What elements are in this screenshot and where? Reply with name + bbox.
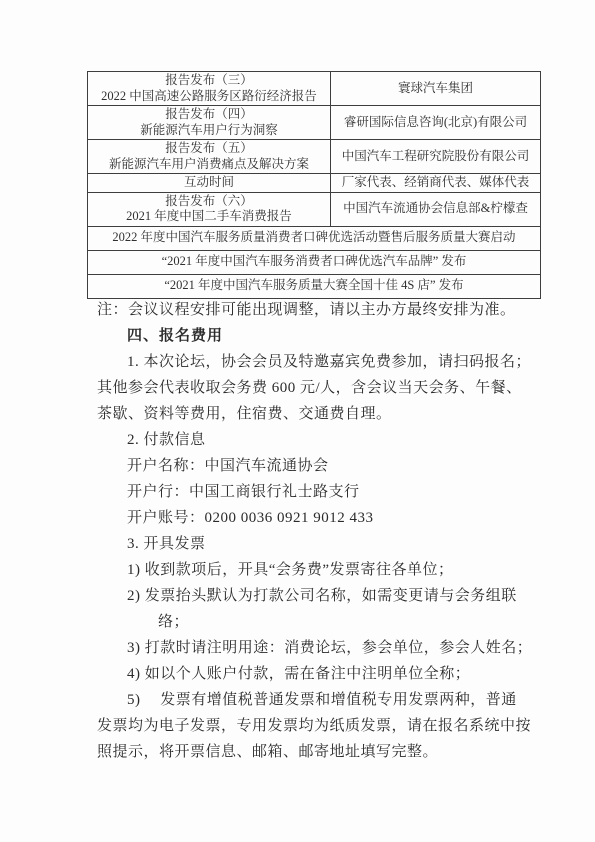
table-row: 报告发布（三） 2022 中国高速公路服务区路衍经济报告 寰球汽车集团 [88,72,541,106]
table-row: 2022 年度中国汽车服务质量消费者口碑优选活动暨售后服务质量大赛启动 [88,226,541,250]
presenter-cell: 中国汽车流通协会信息部&柠檬查 [331,192,541,226]
para-line: 其他参会代表收取会务费 600 元/人，含会议当天会务、午餐、 [97,375,537,401]
invoice-line: 络； [97,609,537,635]
agenda-item-cell: 报告发布（五） 新能源汽车用户消费痛点及解决方案 [88,140,331,174]
agenda-item-title: 报告发布（五） [90,141,328,157]
invoice-line: 发票均为电子发票，专用发票均为纸质发票，请在报名系统中按 [97,713,537,739]
invoice-line: 照提示，将开票信息、邮箱、邮寄地址填写完整。 [97,739,537,765]
payment-heading: 2. 付款信息 [97,427,537,453]
agenda-item-cell: 报告发布（六） 2021 年度中国二手车消费报告 [88,192,331,226]
full-width-cell: “2021 年度中国汽车服务质量大赛全国十佳 4S 店” 发布 [88,274,541,298]
invoice-line: 2) 发票抬头默认为打款公司名称，如需变更请与会务组联 [97,583,537,609]
agenda-item-cell: 报告发布（三） 2022 中国高速公路服务区路衍经济报告 [88,72,331,106]
agenda-item-title: 报告发布（三） [90,73,328,89]
invoice-heading: 3. 开具发票 [97,531,537,557]
payment-account-name: 开户名称：中国汽车流通协会 [97,453,537,479]
full-width-cell: 2022 年度中国汽车服务质量消费者口碑优选活动暨售后服务质量大赛启动 [88,226,541,250]
note-line: 注：会议议程安排可能出现调整，请以主办方最终安排为准。 [97,297,537,323]
agenda-item-subtitle: 新能源汽车用户行为洞察 [90,123,328,139]
body-text: 注：会议议程安排可能出现调整，请以主办方最终安排为准。 四、报名费用 1. 本次… [97,297,537,765]
presenter-cell: 睿研国际信息咨询(北京)有限公司 [331,106,541,140]
agenda-item-title: 报告发布（六） [90,194,328,210]
invoice-line: 3) 打款时请注明用途：消费论坛，参会单位，参会人姓名； [97,635,537,661]
presenter-cell: 中国汽车工程研究院股份有限公司 [331,140,541,174]
presenter-cell: 寰球汽车集团 [331,72,541,106]
table-row: 报告发布（五） 新能源汽车用户消费痛点及解决方案 中国汽车工程研究院股份有限公司 [88,140,541,174]
agenda-item-subtitle: 2022 中国高速公路服务区路衍经济报告 [90,89,328,105]
payment-bank: 开户行：中国工商银行礼士路支行 [97,479,537,505]
section-heading: 四、报名费用 [97,323,537,349]
table-row: 报告发布（四） 新能源汽车用户行为洞察 睿研国际信息咨询(北京)有限公司 [88,106,541,140]
full-width-cell: “2021 年度中国汽车服务消费者口碑优选汽车品牌” 发布 [88,250,541,274]
table-row: 报告发布（六） 2021 年度中国二手车消费报告 中国汽车流通协会信息部&柠檬查 [88,192,541,226]
table-row: “2021 年度中国汽车服务消费者口碑优选汽车品牌” 发布 [88,250,541,274]
invoice-line: 5) 发票有增值税普通发票和增值税专用发票两种，普通 [97,687,537,713]
agenda-item-subtitle: 新能源汽车用户消费痛点及解决方案 [90,157,328,173]
invoice-line: 4) 如以个人账户付款，需在备注中注明单位全称； [97,661,537,687]
agenda-item-cell: 互动时间 [88,174,331,193]
payment-account-no: 开户账号：0200 0036 0921 9012 433 [97,505,537,531]
agenda-item-subtitle: 2021 年度中国二手车消费报告 [90,209,328,225]
document-page: 报告发布（三） 2022 中国高速公路服务区路衍经济报告 寰球汽车集团 报告发布… [0,0,595,842]
table-row: “2021 年度中国汽车服务质量大赛全国十佳 4S 店” 发布 [88,274,541,298]
presenter-cell: 厂家代表、经销商代表、媒体代表 [331,174,541,193]
agenda-table: 报告发布（三） 2022 中国高速公路服务区路衍经济报告 寰球汽车集团 报告发布… [87,71,541,299]
para-line: 1. 本次论坛，协会会员及特邀嘉宾免费参加，请扫码报名； [97,349,537,375]
table-row: 互动时间 厂家代表、经销商代表、媒体代表 [88,174,541,193]
para-line: 茶歇、资料等费用，住宿费、交通费自理。 [97,401,537,427]
invoice-line: 1) 收到款项后，开具“会务费”发票寄往各单位； [97,557,537,583]
agenda-item-title: 报告发布（四） [90,107,328,123]
agenda-item-cell: 报告发布（四） 新能源汽车用户行为洞察 [88,106,331,140]
